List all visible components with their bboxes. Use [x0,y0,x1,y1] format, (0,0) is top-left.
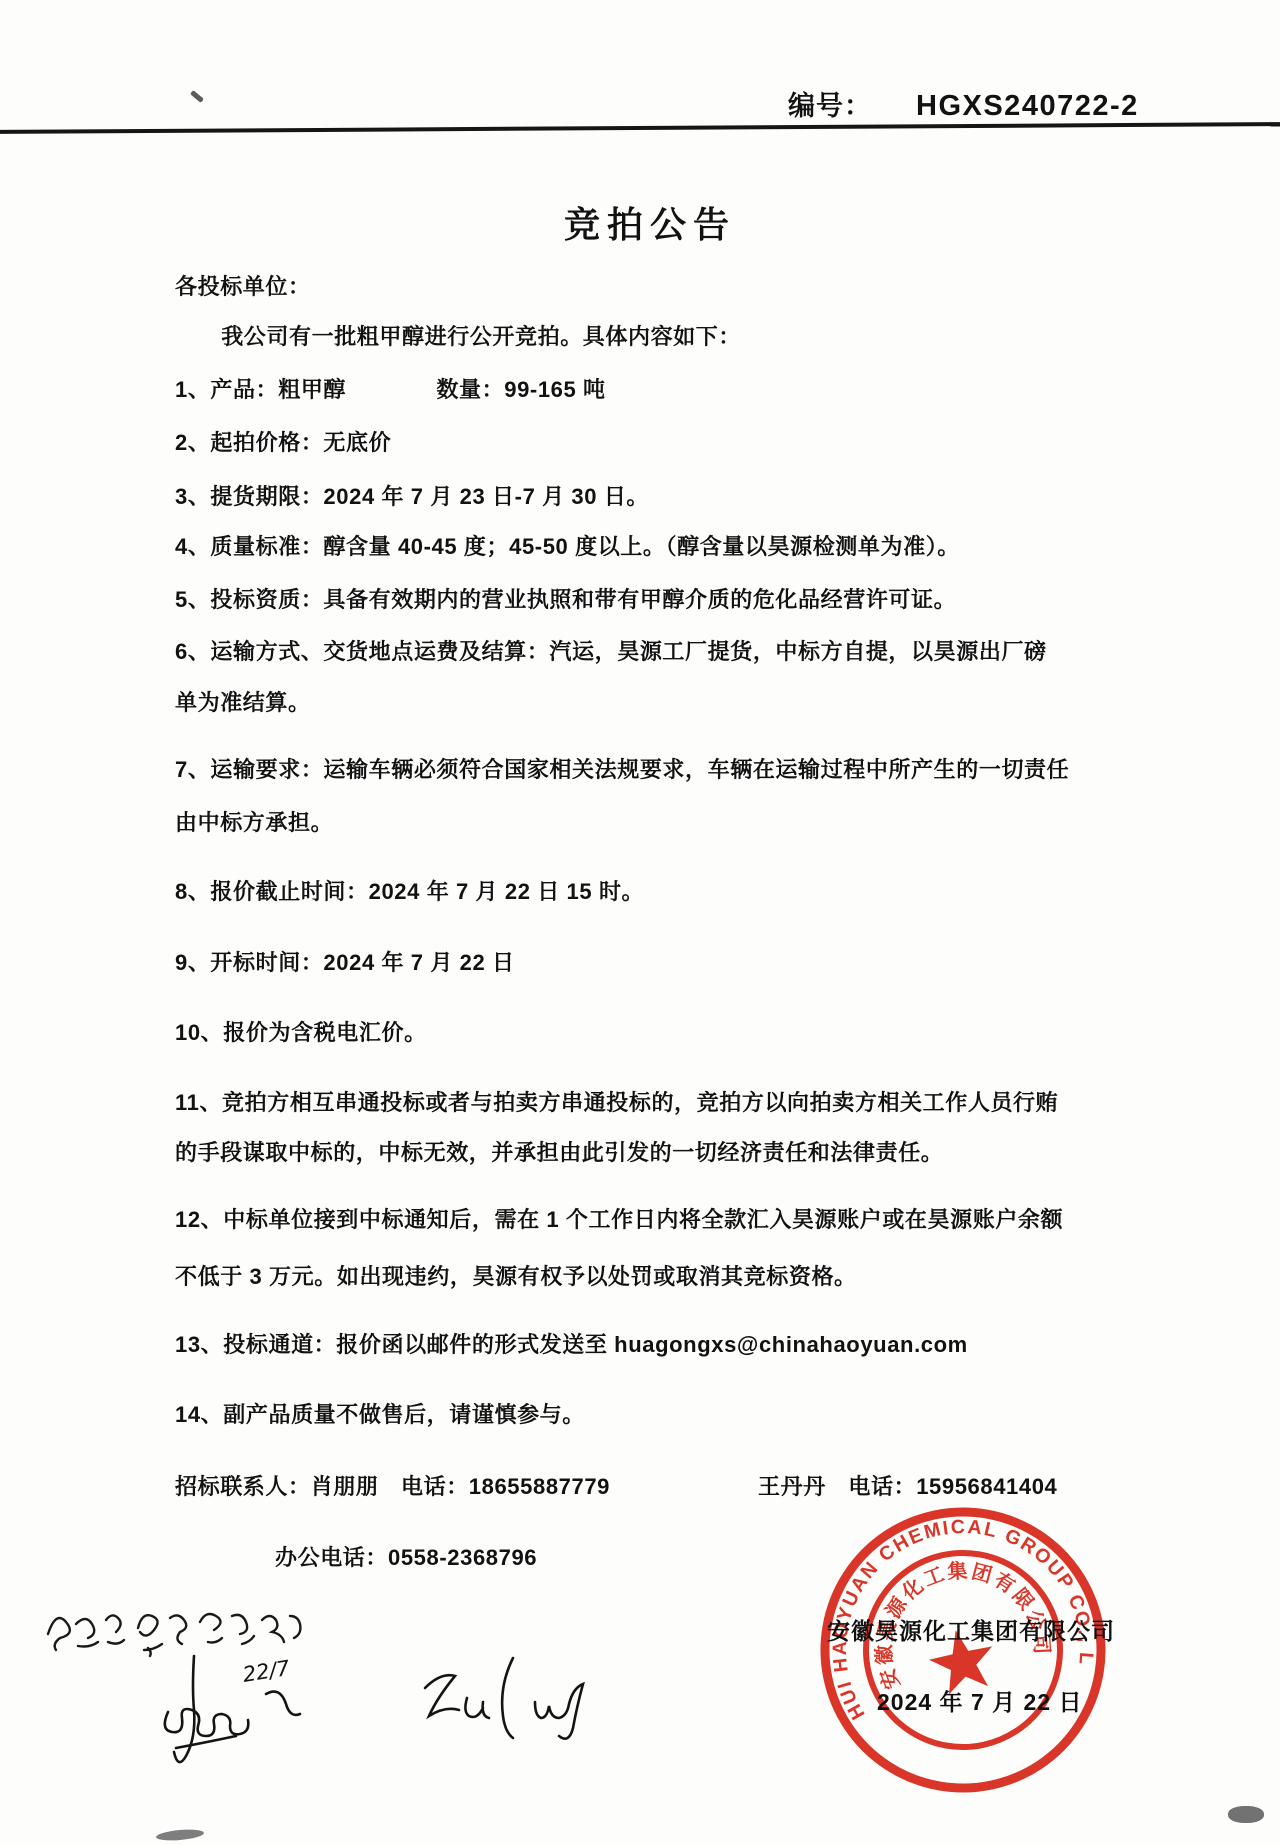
item-10: 10、报价为含税电汇价。 [175,1010,1080,1056]
item-13: 13、投标通道：报价函以邮件的形式发送至 huagongxs@chinahaoy… [175,1322,1080,1368]
scan-mark-bottom-right [1228,1806,1264,1823]
signature-2 [415,1652,610,1767]
item-5: 5、投标资质：具备有效期内的营业执照和带有甲醇介质的危化品经营许可证。 [175,577,1080,623]
item-2: 2、起拍价格：无底价 [175,420,1080,466]
doc-number-value: HGXS240722-2 [916,90,1139,122]
item-7-line-1: 7、运输要求：运输车辆必须符合国家相关法规要求，车辆在运输过程中所产生的一切责任 [175,747,1080,793]
intro-line: 我公司有一批粗甲醇进行公开竞拍。具体内容如下： [175,314,1080,360]
item-3: 3、提货期限：2024 年 7 月 23 日-7 月 30 日。 [175,474,1080,520]
salutation-line: 各投标单位： [175,264,1080,310]
contact-primary: 招标联系人：肖朋朋 电话：18655887779 [175,1464,610,1510]
scan-mark-top-left [190,90,204,103]
company-seal-graphic: ANHUI HAOYUAN CHEMICAL GROUP CO., LTD. 安… [785,1472,1141,1828]
issue-date: 2024 年 7 月 22 日 [877,1684,1083,1717]
document-page: 编号：HGXS240722-2 竞拍公告 各投标单位： 我公司有一批粗甲醇进行公… [0,0,1280,1845]
signature-1-date-mark: 22/7 [241,1656,292,1687]
page-title: 竞拍公告 [200,197,1100,248]
signature-1: 22/7 [148,1650,318,1775]
item-11-line-1: 11、竞拍方相互串通投标或者与拍卖方串通投标的，竞拍方以向拍卖方相关工作人员行贿 [175,1080,1080,1126]
item-6-line-2: 单为准结算。 [175,680,1080,726]
item-8: 8、报价截止时间：2024 年 7 月 22 日 15 时。 [175,869,1080,915]
issuer-company-name: 安徽昊源化工集团有限公司 [827,1613,1115,1646]
item-6-line-1: 6、运输方式、交货地点运费及结算：汽运，昊源工厂提货，中标方自提，以昊源出厂磅 [175,629,1080,675]
item-11-line-2: 的手段谋取中标的，中标无效，并承担由此引发的一切经济责任和法律责任。 [175,1130,1080,1176]
item-1: 1、产品：粗甲醇 数量：99-165 吨 [175,367,1080,413]
doc-number-line: 编号：HGXS240722-2 [788,84,1139,123]
item-12-line-2: 不低于 3 万元。如出现违约，昊源有权予以处罚或取消其竞标资格。 [175,1254,1080,1300]
company-seal: ANHUI HAOYUAN CHEMICAL GROUP CO., LTD. 安… [785,1472,1141,1828]
item-14: 14、副产品质量不做售后，请谨慎参与。 [175,1392,1080,1438]
doc-number-label: 编号： [788,91,872,121]
scan-mark-bottom-left [156,1828,205,1842]
item-4: 4、质量标准：醇含量 40-45 度；45-50 度以上。（醇含量以昊源检测单为… [175,524,1080,570]
document-body: 各投标单位： 我公司有一批粗甲醇进行公开竞拍。具体内容如下： 1、产品：粗甲醇 … [175,264,1080,1581]
item-9: 9、开标时间：2024 年 7 月 22 日 [175,940,1080,986]
header-divider [0,122,1280,134]
item-7-line-2: 由中标方承担。 [175,800,1080,846]
item-12-line-1: 12、中标单位接到中标通知后，需在 1 个工作日内将全款汇入昊源账户或在昊源账户… [175,1197,1080,1243]
